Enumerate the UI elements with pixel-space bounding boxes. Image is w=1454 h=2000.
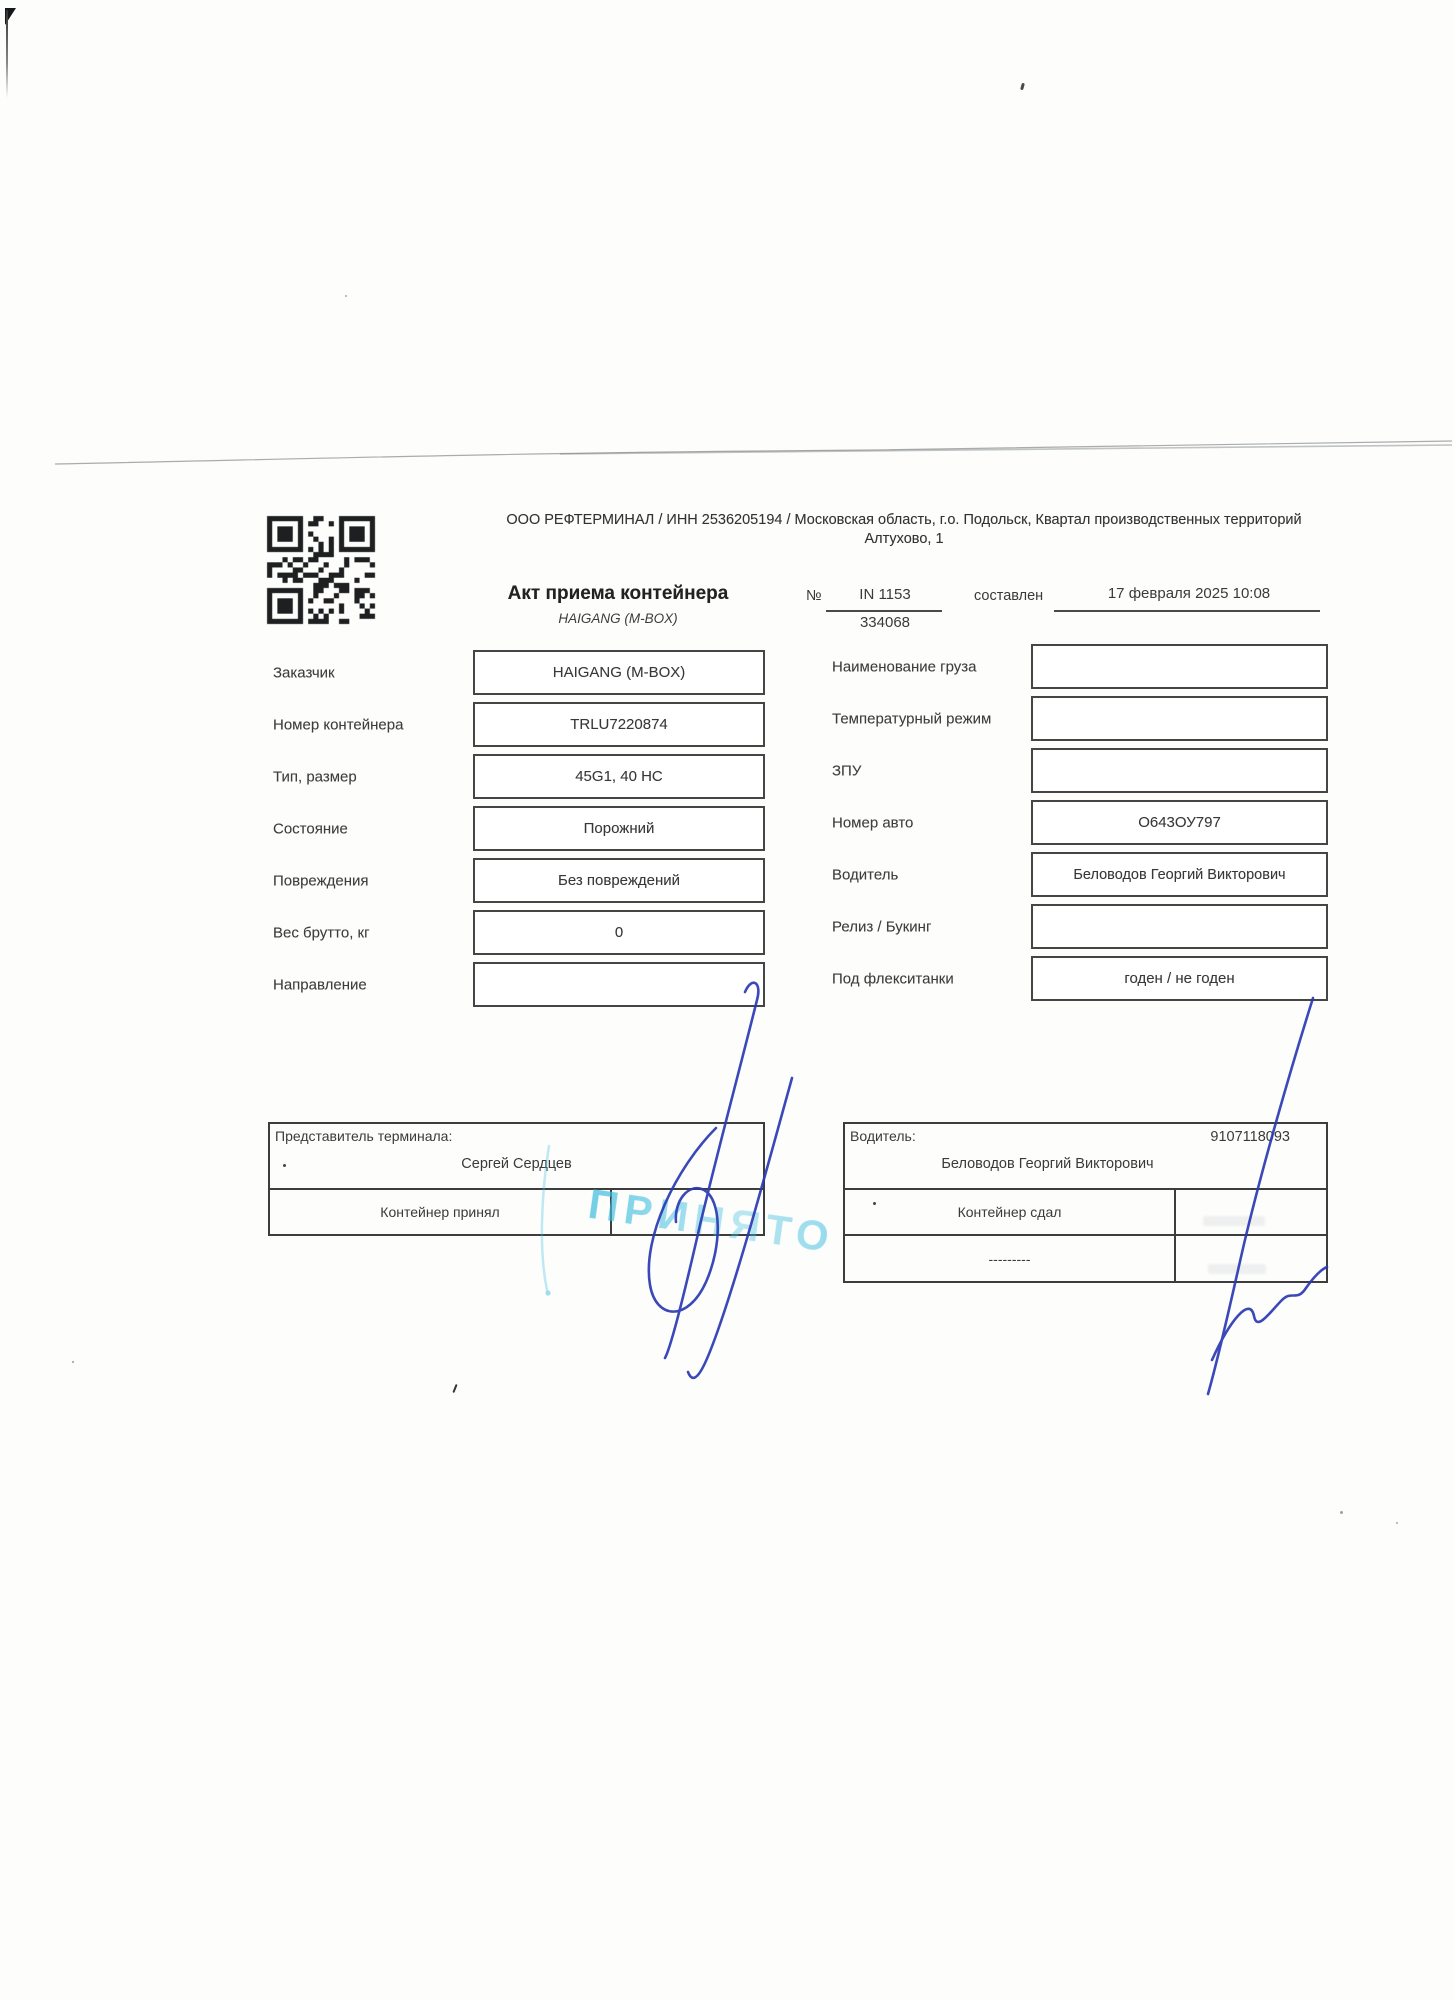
field-label: Номер авто (832, 815, 913, 832)
qr-code (265, 514, 377, 626)
driver-name: Беловодов Георгий Викторович (807, 1156, 1288, 1172)
composed-date: 17 февраля 2025 10:08 (1060, 585, 1318, 602)
field-value-box (1031, 904, 1328, 949)
scanned-document: ООО РЕФТЕРМИНАЛ / ИНН 2536205194 / Моско… (0, 0, 1454, 2000)
field-value-box (1031, 696, 1328, 741)
field-value-box: О643ОУ797 (1031, 800, 1328, 845)
dashes-row: --------- (843, 1234, 1328, 1281)
field-row-truck-number: Номер авто О643ОУ797 (0, 797, 1454, 849)
field-label: ЗПУ (832, 763, 861, 780)
act-number: IN 1153 (828, 586, 942, 603)
terminal-representative-name: Сергей Сердцев (270, 1156, 763, 1172)
title-block: Акт приема контейнера HAIGANG (M-BOX) (458, 583, 778, 626)
number-label: № (806, 588, 822, 604)
field-label: Под флекситанки (832, 971, 954, 988)
cell-divider (1174, 1190, 1176, 1234)
number-underline (826, 610, 942, 612)
field-row-temperature-mode: Температурный режим (0, 693, 1454, 745)
field-row-flexitank: Под флекситанки годен / не годен (0, 953, 1454, 1005)
field-label: Наименование груза (832, 659, 977, 676)
driver-phone: 9107118093 (1210, 1129, 1290, 1145)
container-handed-label: Контейнер сдал (843, 1204, 1176, 1220)
ghost-smudge (1203, 1216, 1265, 1226)
field-row-seal: ЗПУ (0, 745, 1454, 797)
field-value-box (1031, 748, 1328, 793)
act-number-secondary: 334068 (828, 614, 942, 631)
document-title: Акт приема контейнера (458, 583, 778, 605)
field-label: Релиз / Букинг (832, 919, 931, 936)
field-value-box (1031, 644, 1328, 689)
date-underline (1054, 610, 1320, 612)
field-label: Водитель (832, 867, 898, 884)
field-label: Температурный режим (832, 711, 991, 728)
container-handed-row: Контейнер сдал (843, 1188, 1328, 1234)
terminal-block-title: Представитель терминала: (275, 1128, 452, 1144)
form-column-right: Наименование груза Температурный режим З… (0, 641, 1454, 1005)
field-value-box: годен / не годен (1031, 956, 1328, 1001)
cell-divider (1174, 1236, 1176, 1281)
composed-label: составлен (974, 588, 1043, 604)
document-subtitle: HAIGANG (M-BOX) (458, 611, 778, 626)
field-row-cargo-name: Наименование груза (0, 641, 1454, 693)
field-value-box: Беловодов Георгий Викторович (1031, 852, 1328, 897)
driver-block-title: Водитель: (850, 1128, 916, 1144)
ghost-smudge (1208, 1264, 1266, 1274)
field-row-driver: Водитель Беловодов Георгий Викторович (0, 849, 1454, 901)
company-header: ООО РЕФТЕРМИНАЛ / ИНН 2536205194 / Моско… (474, 511, 1334, 549)
driver-signature-block: Водитель: 9107118093 Беловодов Георгий В… (843, 1122, 1328, 1283)
container-accepted-label: Контейнер принял (268, 1204, 612, 1220)
field-row-release-booking: Релиз / Букинг (0, 901, 1454, 953)
dashes-placeholder: --------- (843, 1251, 1176, 1267)
